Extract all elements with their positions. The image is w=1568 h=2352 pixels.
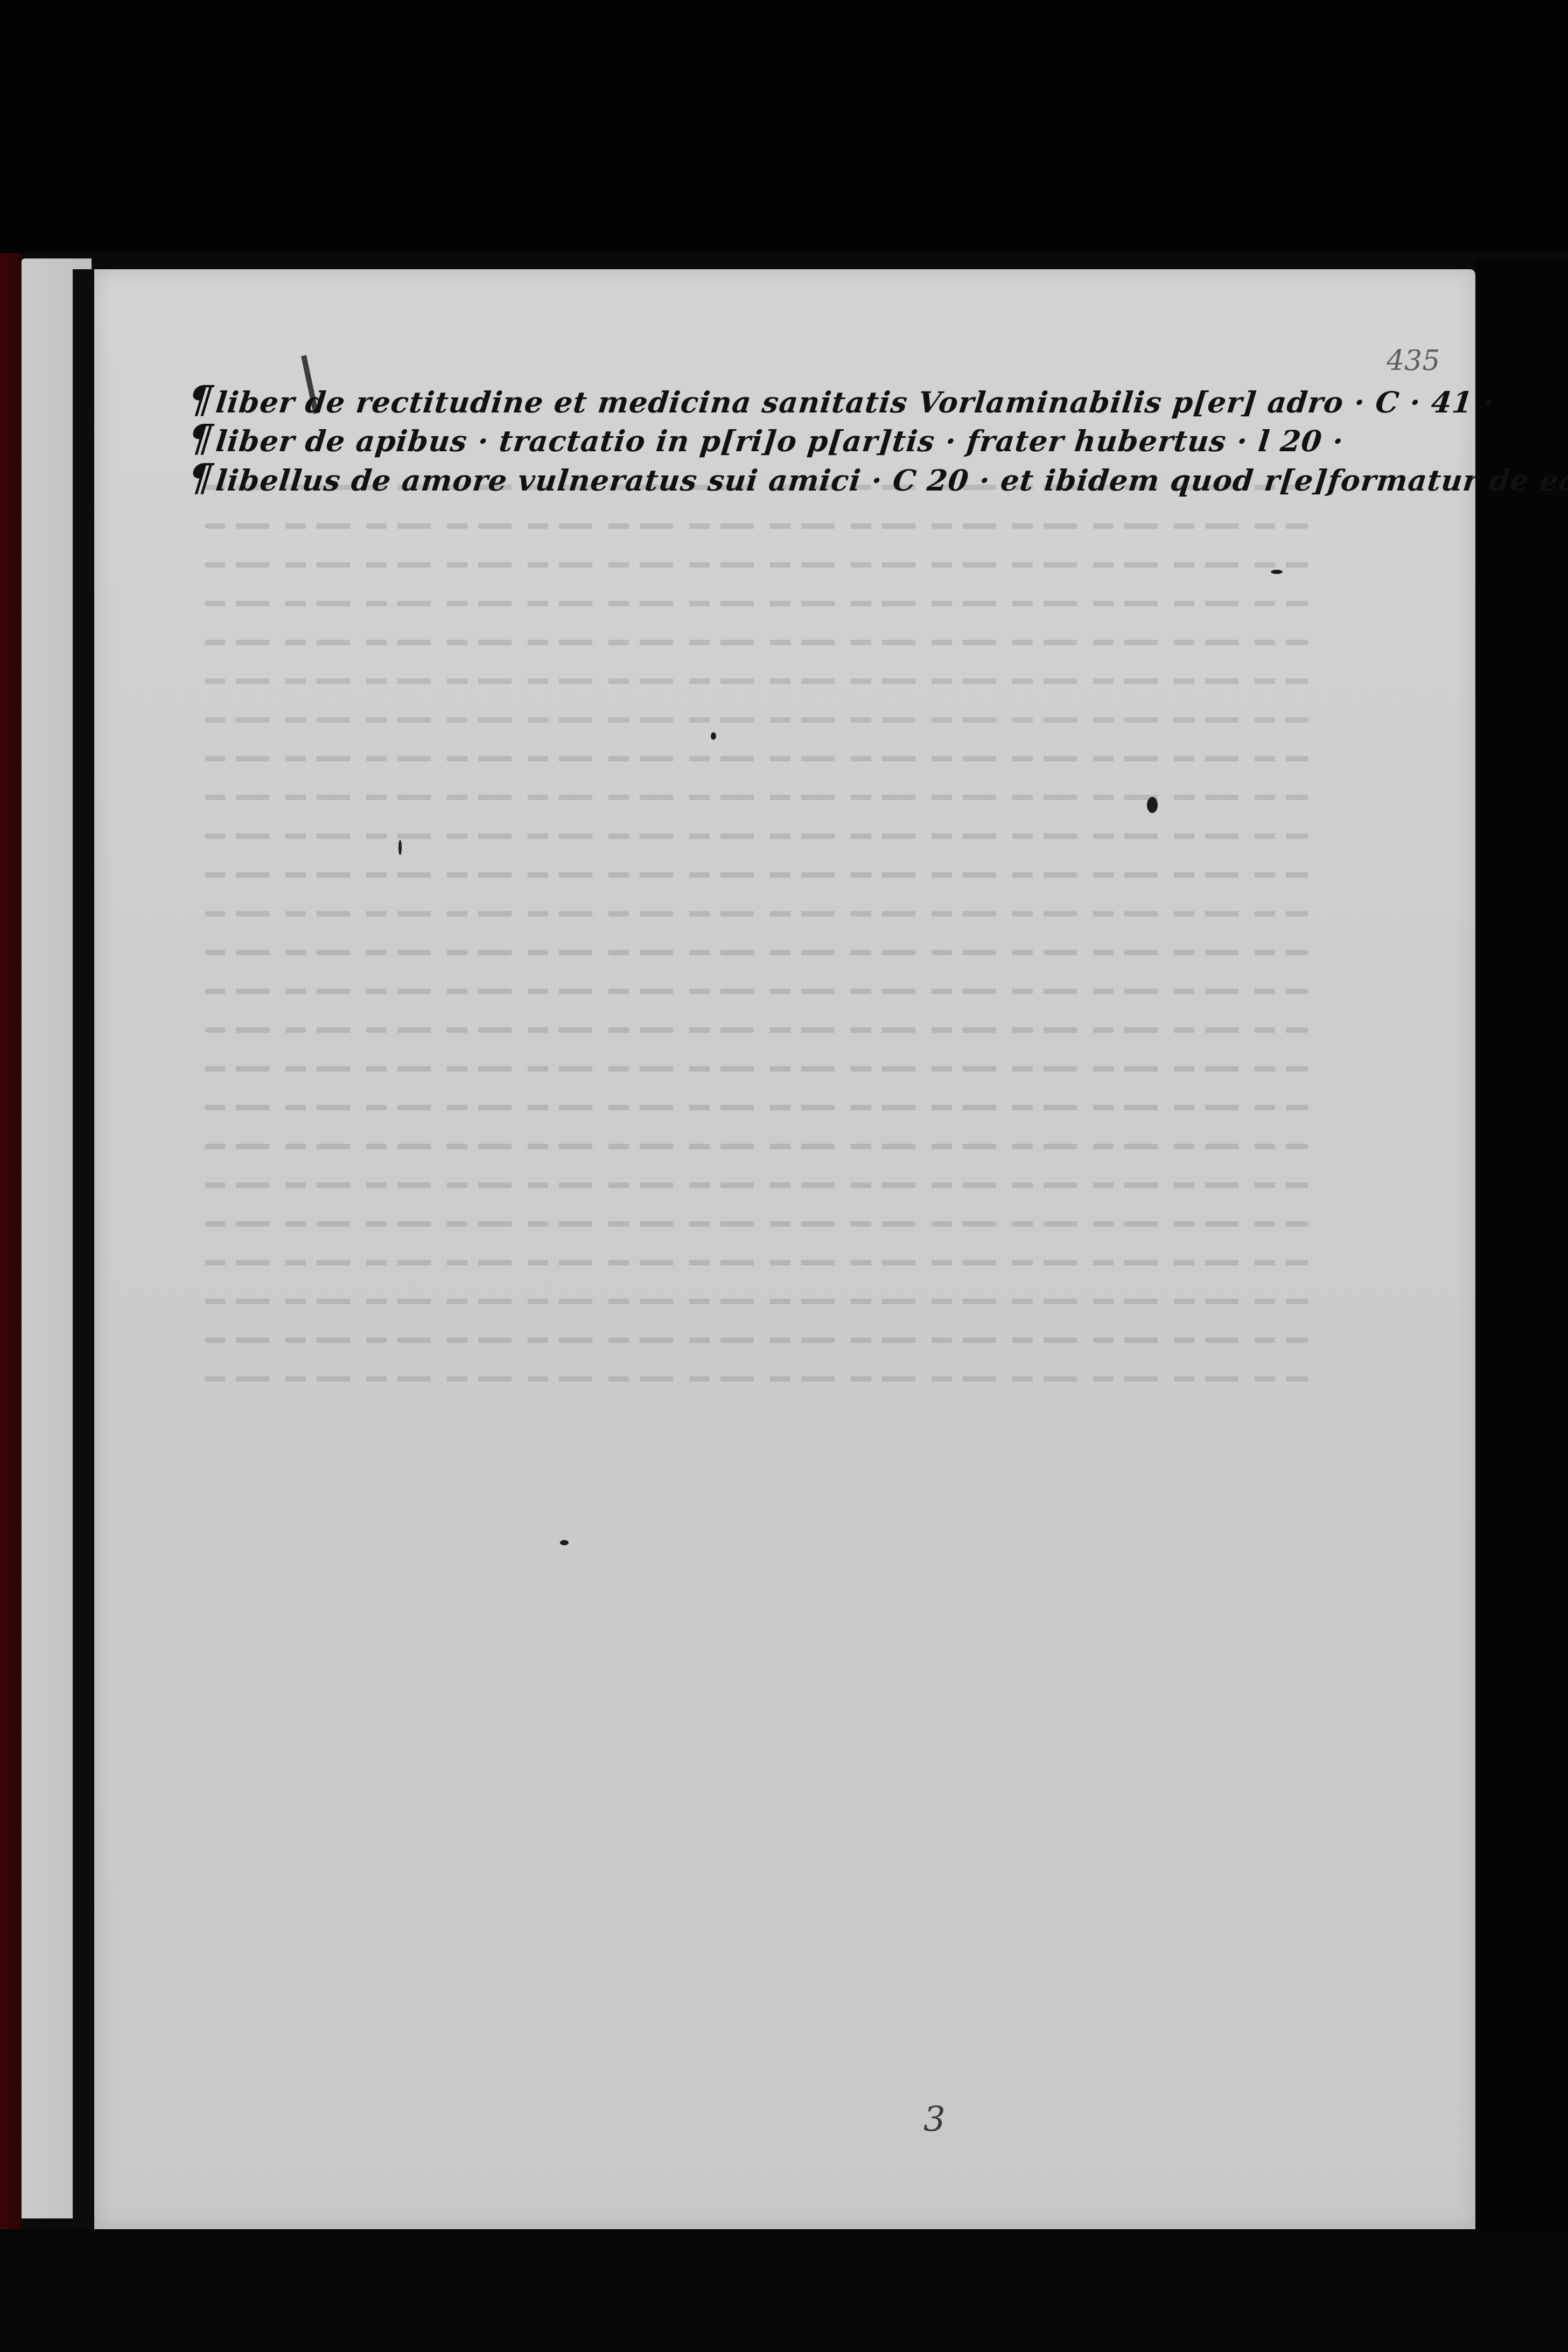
pilcrow-icon: ¶ — [186, 377, 215, 422]
ink-speck — [1147, 797, 1158, 813]
line-text: libellus de amore vulneratus sui amici ·… — [214, 463, 1568, 498]
ink-speck — [398, 840, 402, 855]
ink-speck — [711, 732, 716, 740]
ink-speck — [560, 1540, 569, 1545]
background-right — [1475, 258, 1568, 2352]
manuscript-line-2: ¶liber de apibus · tractatio in p[ri]o p… — [186, 416, 1346, 460]
ink-speck — [1271, 570, 1283, 574]
manuscript-line-3: ¶libellus de amore vulneratus sui amici … — [186, 455, 1568, 500]
line-text: liber de rectitudine et medicina sanitat… — [214, 385, 1496, 419]
folio-number: 435 — [1387, 345, 1440, 377]
pilcrow-icon: ¶ — [186, 416, 215, 460]
red-cover-edge — [0, 253, 22, 2352]
bottom-signature-mark: 3 — [923, 2100, 946, 2140]
line-text: liber de apibus · tractatio in p[ri]o p[… — [214, 424, 1346, 458]
bleed-through-text — [205, 485, 1308, 1508]
manuscript-line-1: ¶liber de rectitudine et medicina sanita… — [186, 377, 1497, 422]
background-bottom — [0, 2229, 1568, 2352]
book-gutter — [73, 269, 94, 2229]
pilcrow-icon: ¶ — [186, 455, 215, 500]
background-top — [0, 0, 1568, 253]
